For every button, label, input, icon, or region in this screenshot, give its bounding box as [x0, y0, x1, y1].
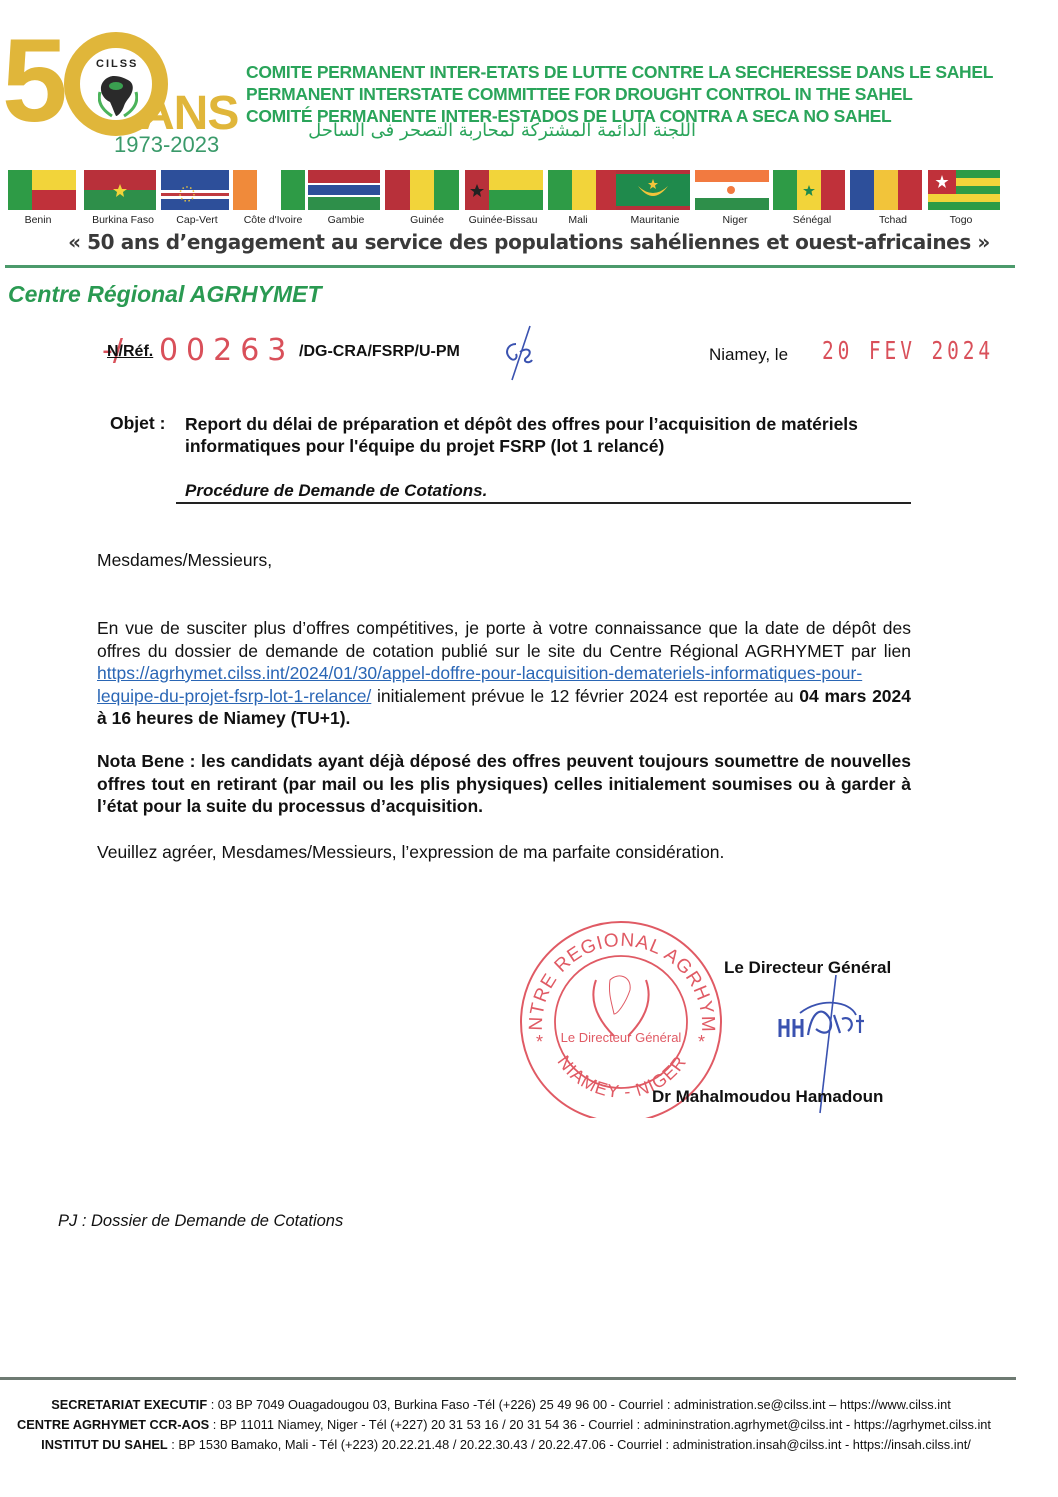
footer-address-insah: INSTITUT DU SAHEL : BP 1530 Bamako, Mali… [0, 1437, 1035, 1452]
flag-label: Sénégal [793, 214, 832, 226]
flag-label: Guinée-Bissau [469, 214, 538, 226]
svg-text:*: * [536, 1032, 543, 1052]
body-paragraph-1: En vue de susciter plus d’offres compéti… [97, 617, 911, 730]
flag-label: Guinée [410, 214, 444, 226]
organization-names: COMITE PERMANENT INTER-ETATS DE LUTTE CO… [246, 61, 993, 127]
flag-guinee-bissau-icon [465, 170, 543, 210]
date-stamp: 20 FEV 2024 [822, 336, 994, 365]
flag-label: Côte d'Ivoire [244, 214, 303, 226]
attachment-note: PJ : Dossier de Demande de Cotations [58, 1212, 343, 1231]
africa-emblem-icon [98, 72, 138, 118]
logo-number-five: 5 [2, 22, 68, 140]
flag-mauritanie-icon [616, 170, 690, 210]
flag-gambie-icon [308, 170, 380, 210]
anniversary-slogan: « 50 ans d’engagement au service des pop… [0, 230, 1058, 254]
flag-senegal-icon [773, 170, 845, 210]
member-states-flags: Benin Burkina Faso Cap-Vert Côte d'Ivoir… [8, 170, 1008, 230]
org-name-en: PERMANENT INTERSTATE COMMITTEE FOR DROUG… [246, 83, 993, 105]
subject-divider [176, 502, 911, 504]
flag-label: Cap-Vert [176, 214, 217, 226]
footer-address-secretariat: SECRETARIAT EXECUTIF : 03 BP 7049 Ouagad… [0, 1397, 1030, 1412]
subject-label: Objet : [110, 413, 165, 434]
flag-label: Togo [950, 214, 973, 226]
footer-divider [0, 1377, 1016, 1380]
header-divider [5, 265, 1015, 268]
flag-label: Tchad [879, 214, 907, 226]
flag-tchad-icon [850, 170, 922, 210]
flag-label: Mali [568, 214, 587, 226]
org-name-fr: COMITE PERMANENT INTER-ETATS DE LUTTE CO… [246, 61, 993, 83]
closing-formula: Veuillez agréer, Mesdames/Messieurs, l’e… [97, 841, 911, 864]
flag-label: Niger [722, 214, 747, 226]
flag-guinee-icon [385, 170, 459, 210]
reference-code: /DG-CRA/FSRP/U-PM [299, 343, 460, 361]
nota-bene-paragraph: Nota Bene : les candidats ayant déjà dép… [97, 750, 911, 818]
flag-burkina-faso-icon [84, 170, 156, 210]
flag-label: Burkina Faso [92, 214, 154, 226]
flag-cote-divoire-icon [233, 170, 305, 210]
salutation: Mesdames/Messieurs, [97, 549, 911, 572]
flag-togo-icon [928, 170, 1000, 210]
flag-label: Benin [25, 214, 52, 226]
svg-text:*: * [698, 1032, 705, 1052]
place-label: Niamey, le [709, 345, 788, 365]
flag-benin-icon [8, 170, 76, 210]
footer-address-agrhymet: CENTRE AGRHYMET CCR-AOS : BP 11011 Niame… [0, 1417, 1033, 1432]
flag-niger-icon [695, 170, 769, 210]
subject-text: Report du délai de préparation et dépôt … [185, 413, 885, 457]
org-name-ar: اللجنة الدائمة المشتركة لمحاربة التصحر ف… [256, 120, 696, 141]
cilss-50-years-logo: 5 CILSS ANS 1973-2023 [0, 18, 240, 158]
logo-years: 1973-2023 [114, 132, 219, 158]
logo-ans-label: ANS [140, 90, 238, 138]
handwritten-initials-icon [500, 322, 540, 382]
flag-label: Mauritanie [630, 214, 679, 226]
signatory-name: Dr Mahalmoudou Hamadoun [652, 1087, 883, 1107]
svg-text:Le Directeur Général: Le Directeur Général [561, 1030, 682, 1045]
logo-cilss-label: CILSS [96, 58, 138, 70]
reference-label: N/Réf. [107, 343, 153, 361]
flag-mali-icon [548, 170, 620, 210]
flag-cap-vert-icon [161, 170, 229, 210]
centre-title: Centre Régional AGRHYMET [8, 281, 322, 308]
flag-label: Gambie [328, 214, 365, 226]
procedure-type: Procédure de Demande de Cotations. [185, 481, 487, 501]
